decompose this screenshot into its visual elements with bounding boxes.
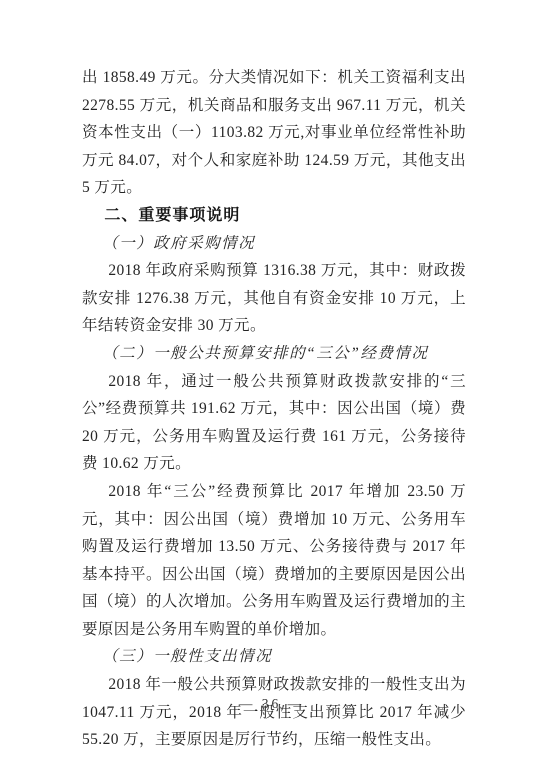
paragraph-government-procurement: 2018 年政府采购预算 1316.38 万元，其中：财政拨款安排 1276.3…: [82, 257, 466, 340]
document-page: 出 1858.49 万元。分大类情况如下：机关工资福利支出 2278.55 万元…: [0, 0, 543, 768]
paragraph-three-public-comparison: 2018 年“三公”经费预算比 2017 年增加 23.50 万元，其中：因公出…: [82, 478, 466, 644]
subsection-heading-government-procurement: （一）政府采购情况: [82, 230, 466, 258]
subsection-heading-general-expenditure: （三）一般性支出情况: [82, 643, 466, 671]
paragraph-three-public-budget: 2018 年，通过一般公共预算财政拨款安排的“三公”经费预算共 191.62 万…: [82, 368, 466, 478]
paragraph-expenditure-breakdown: 出 1858.49 万元。分大类情况如下：机关工资福利支出 2278.55 万元…: [82, 64, 466, 202]
page-content: 出 1858.49 万元。分大类情况如下：机关工资福利支出 2278.55 万元…: [82, 64, 466, 754]
page-number: — 36 —: [0, 696, 543, 712]
section-heading-important-matters: 二、重要事项说明: [82, 202, 466, 230]
subsection-heading-three-public-expenses: （二）一般公共预算安排的“三公”经费情况: [82, 340, 466, 368]
paragraph-general-expenditure: 2018 年一般公共预算财政拨款安排的一般性支出为 1047.11 万元，201…: [82, 671, 466, 754]
